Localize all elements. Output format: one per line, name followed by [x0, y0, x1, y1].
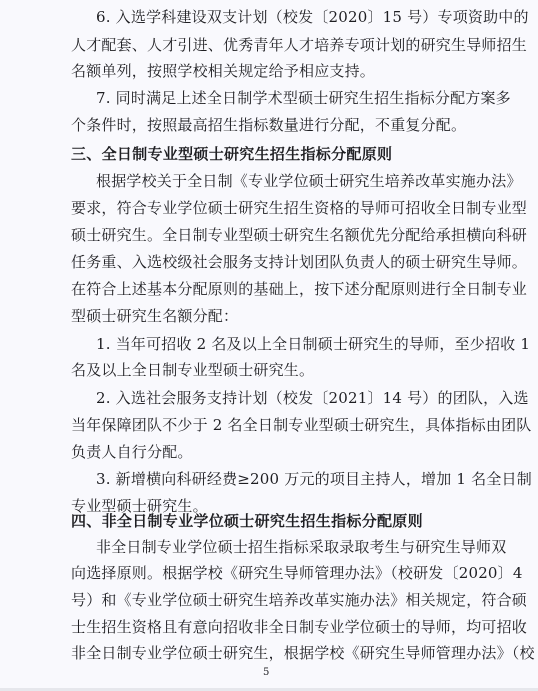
- text-line: 在符合上述基本分配原则的基础上，按下述分配原则进行全日制专业: [71, 280, 447, 298]
- section-heading-4: 四、非全日制专业学位硕士研究生招生指标分配原则: [71, 512, 423, 530]
- page-number: 5: [263, 667, 269, 679]
- text-line: 非全日制专业学位硕士研究生，根据学校《研究生导师管理办法》（校: [71, 644, 447, 662]
- text-line: 负责人自行分配。: [71, 443, 447, 461]
- text-line: 向选择原则。根据学校《研究生导师管理办法》（校研发〔2020〕4: [71, 564, 447, 582]
- text-line: 名及以上全日制专业型硕士研究生。: [71, 361, 447, 379]
- section-heading-3: 三、全日制专业型硕士研究生招生指标分配原则: [71, 145, 392, 163]
- text-line: 当年保障团队不少于 2 名全日制专业型硕士研究生，具体指标由团队: [71, 416, 447, 434]
- text-line: 士生招生资格且有意向招收非全日制专业学位硕士的导师，均可招收: [71, 618, 447, 636]
- text-line: 名额单列，按照学校相关规定给予相应支持。: [71, 62, 447, 80]
- text-line: 根据学校关于全日制《专业学位硕士研究生培养改革实施办法》: [96, 172, 447, 190]
- text-line: 个条件时，按照最高招生指标数量进行分配，不重复分配。: [71, 116, 447, 134]
- text-line: 3. 新增横向科研经费≥200 万元的项目主持人，增加 1 名全日制: [96, 470, 447, 488]
- text-line: 2. 入选社会服务支持计划（校发〔2021〕14 号）的团队，入选: [96, 389, 447, 407]
- text-line: 要求，符合专业学位硕士研究生招生资格的导师可招收全日制专业型: [71, 199, 447, 217]
- text-line: 人才配套、人才引进、优秀青年人才培养专项计划的研究生导师招生: [71, 36, 447, 54]
- text-line: 硕士研究生。全日制专业型硕士研究生名额优先分配给承担横向科研: [71, 226, 447, 244]
- text-line: 1. 当年可招收 2 名及以上全日制硕士研究生的导师，至少招收 1: [96, 335, 447, 353]
- text-line: 任务重、入选校级社会服务支持计划团队负责人的硕士研究生导师。: [71, 253, 447, 271]
- document-page: 6. 入选学科建设双支计划（校发〔2020〕15 号）专项资助中的 人才配套、人…: [0, 0, 538, 688]
- text-line: 6. 入选学科建设双支计划（校发〔2020〕15 号）专项资助中的: [96, 8, 447, 26]
- text-line: 型硕士研究生名额分配：: [71, 307, 447, 325]
- text-line: 7. 同时满足上述全日制学术型硕士研究生招生指标分配方案多: [96, 89, 447, 107]
- text-line: 号）和《专业学位硕士研究生培养改革实施办法》相关规定，符合硕: [71, 591, 447, 609]
- text-line: 非全日制专业学位硕士招生指标采取录取考生与研究生导师双: [96, 538, 447, 556]
